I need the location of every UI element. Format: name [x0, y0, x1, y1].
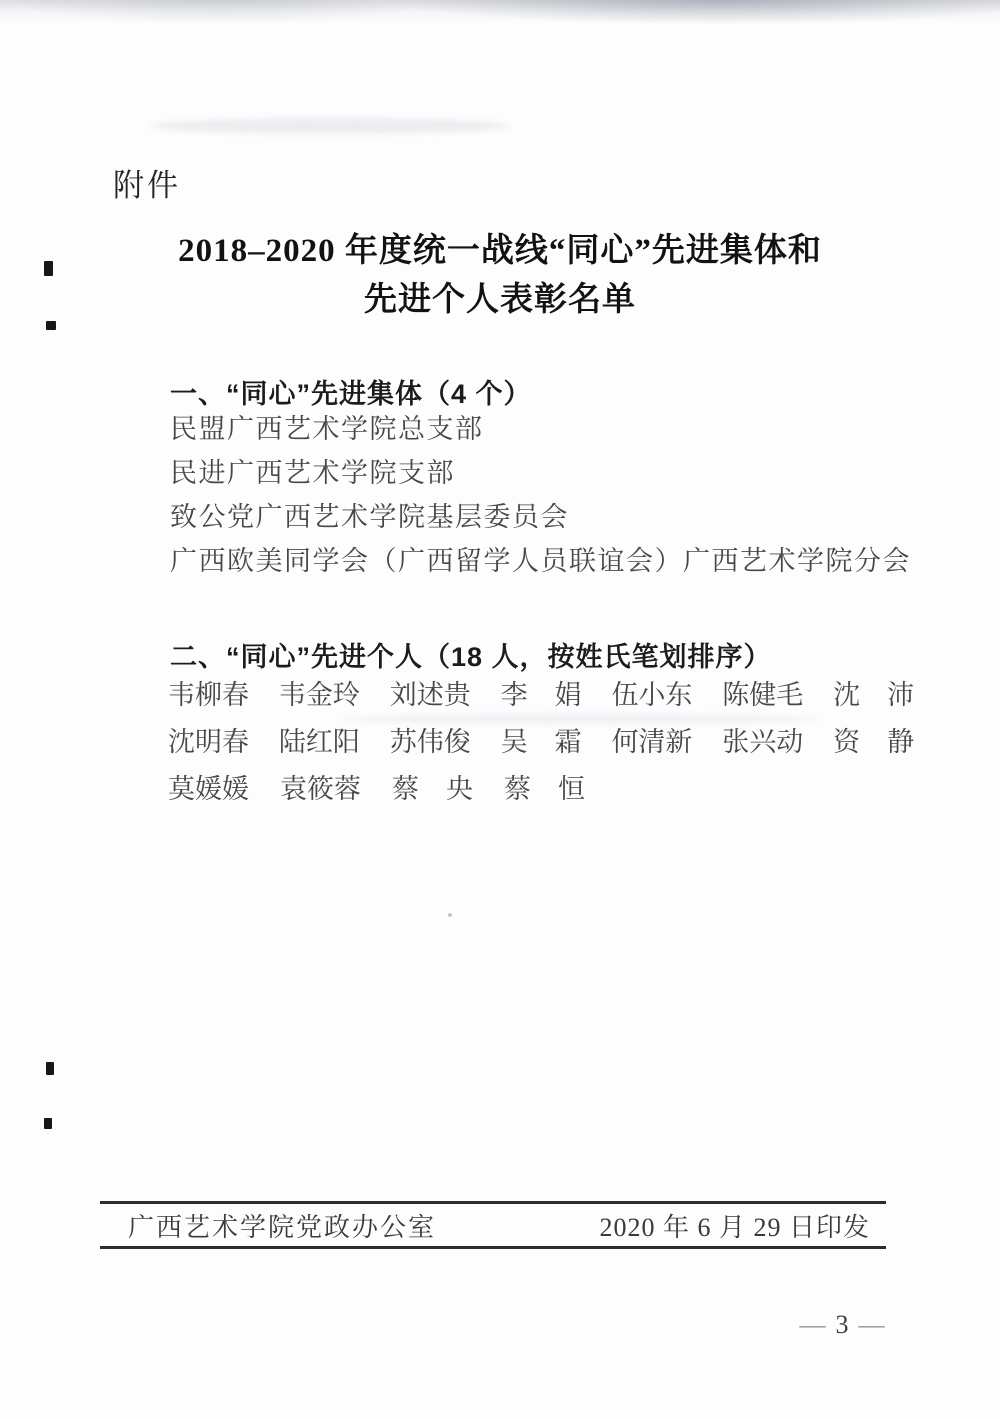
person-name: 资 静	[833, 719, 920, 766]
collective-item: 致公党广西艺术学院基层委员会	[170, 495, 920, 539]
person-name: 陆红阳	[279, 719, 366, 766]
person-name: 沈明春	[168, 719, 255, 766]
footer-print-date: 2020 年 6 月 29 日印发	[599, 1207, 870, 1244]
page-number-value: 3	[836, 1310, 849, 1340]
binding-mark	[46, 1062, 54, 1075]
footer-issuer: 广西艺术学院党政办公室	[128, 1207, 436, 1244]
person-name: 张兴动	[722, 719, 809, 766]
section-individuals-heading: 二、“同心”先进个人（18 人，按姓氏笔划排序）	[170, 635, 772, 674]
scan-speck	[448, 913, 452, 917]
page-number-left-dash: —	[800, 1310, 826, 1340]
scan-artifact-top-edge	[0, 0, 1000, 26]
person-name: 韦金玲	[279, 672, 366, 719]
page-number: — 3 —	[786, 1310, 898, 1340]
footer-rule-box: 广西艺术学院党政办公室 2020 年 6 月 29 日印发	[100, 1201, 886, 1249]
name-row: 沈明春 陆红阳 苏伟俊 吴 霜 何清新 张兴动 资 静	[168, 719, 920, 766]
person-name: 伍小东	[611, 672, 698, 719]
document-title-line1: 2018–2020 年度统一战线“同心”先进集体和	[0, 227, 1000, 276]
collective-item: 广西欧美同学会（广西留学人员联谊会）广西艺术学院分会	[170, 539, 920, 583]
document-page: 附件 2018–2020 年度统一战线“同心”先进集体和 先进个人表彰名单 一、…	[0, 0, 1000, 1419]
person-name: 蔡 央	[392, 766, 480, 813]
page-number-right-dash: —	[859, 1310, 885, 1340]
person-name: 刘述贵	[390, 672, 477, 719]
person-name: 袁筱蓉	[280, 766, 368, 813]
person-name: 沈 沛	[833, 672, 920, 719]
collective-item: 民进广西艺术学院支部	[170, 451, 920, 495]
document-title: 2018–2020 年度统一战线“同心”先进集体和 先进个人表彰名单	[0, 227, 1000, 325]
attachment-label: 附件	[113, 160, 181, 205]
individuals-name-grid: 韦柳春 韦金玲 刘述贵 李 娟 伍小东 陈健毛 沈 沛 沈明春	[168, 672, 920, 813]
person-name: 蔡 恒	[504, 766, 592, 813]
person-name: 苏伟俊	[390, 719, 477, 766]
document-title-line2: 先进个人表彰名单	[0, 276, 1000, 325]
person-name: 韦柳春	[168, 672, 255, 719]
scan-smudge	[150, 118, 510, 134]
collectives-list: 民盟广西艺术学院总支部 民进广西艺术学院支部 致公党广西艺术学院基层委员会 广西…	[170, 407, 920, 583]
section-collectives-heading: 一、“同心”先进集体（4 个）	[170, 372, 532, 411]
person-name: 何清新	[611, 719, 698, 766]
name-row: 莫媛媛 袁筱蓉 蔡 央 蔡 恒	[168, 766, 920, 813]
binding-mark	[44, 1118, 52, 1129]
person-name: 莫媛媛	[168, 766, 256, 813]
name-row: 韦柳春 韦金玲 刘述贵 李 娟 伍小东 陈健毛 沈 沛	[168, 672, 920, 719]
person-name: 陈健毛	[722, 672, 809, 719]
person-name: 吴 霜	[501, 719, 588, 766]
collective-item: 民盟广西艺术学院总支部	[170, 407, 920, 451]
person-name: 李 娟	[501, 672, 588, 719]
